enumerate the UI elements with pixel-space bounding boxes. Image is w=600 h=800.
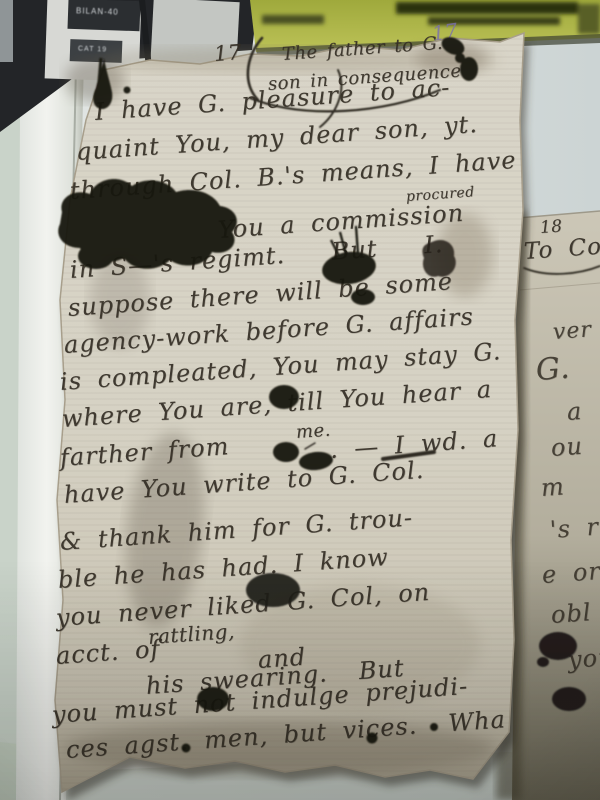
ink-blot <box>58 34 478 753</box>
manuscript-photo: 17 The father to G. son in consequence 1… <box>0 0 600 800</box>
ink-blot <box>537 632 586 711</box>
ink-blots-graphic <box>0 0 600 800</box>
ink-smudge <box>246 240 456 607</box>
